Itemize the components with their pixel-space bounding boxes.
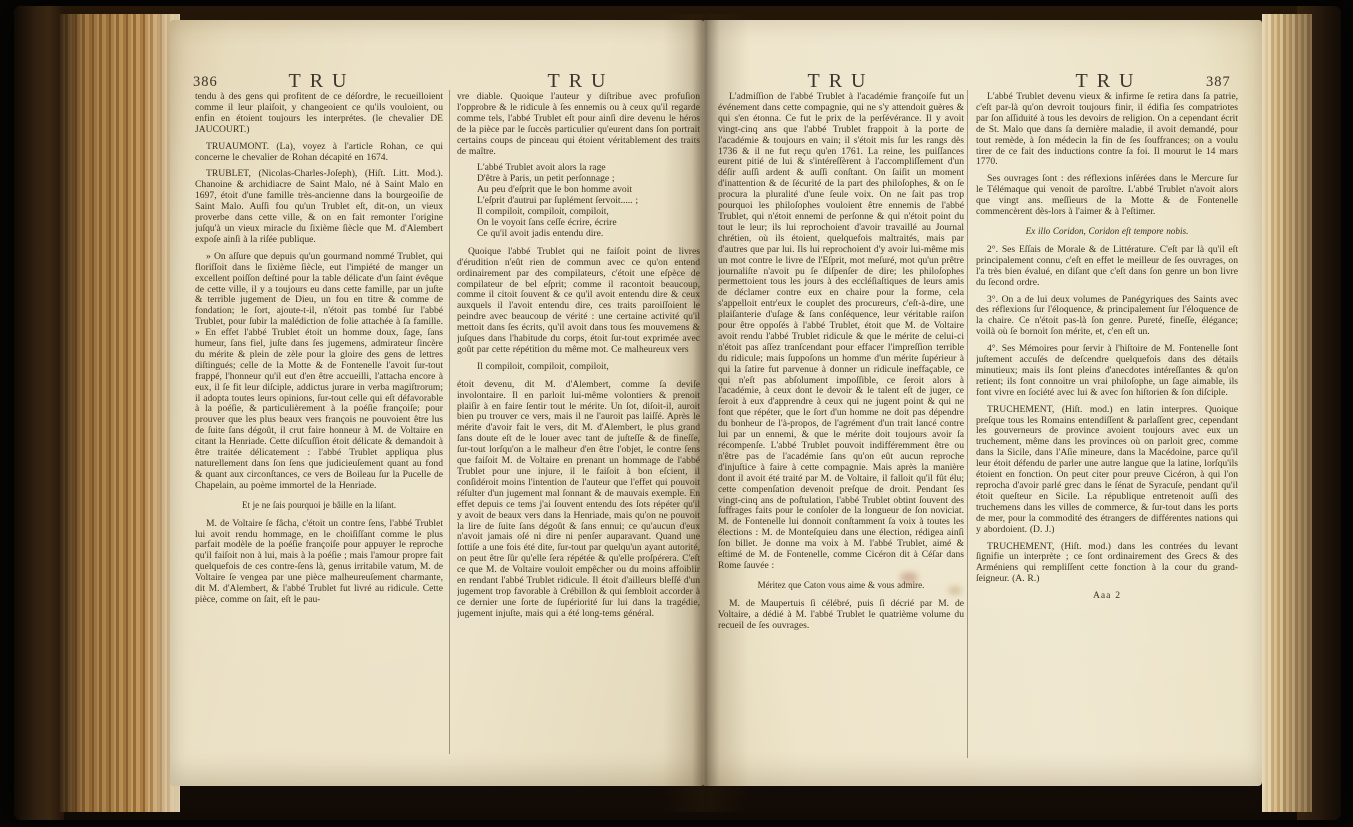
paragraph-compilateur: Quoique l'abbé Trublet qui ne faiſoit po… <box>457 247 700 356</box>
verse-line: Il compiloit, compiloit, compiloit, <box>477 362 700 373</box>
right-page-column-1: L'admiſſion de l'abbé Trublet à l'académ… <box>718 92 964 760</box>
right-page-fore-edge <box>1262 14 1312 812</box>
paragraph-memoires: 4°. Ses Mémoires pour ſervir à l'hiſtoir… <box>976 344 1238 399</box>
paragraph-jaucourt-end: tendu à des gens qui profitent de ce déſ… <box>195 92 443 136</box>
signature-mark: Aaa 2 <box>976 591 1238 602</box>
paragraph-retraite: L'abbé Trublet devenu vieux & infirme ſe… <box>976 92 1238 168</box>
entry-truchement-2: TRUCHEMENT, (Hiſt. mod.) dans les contré… <box>976 542 1238 586</box>
paragraph-ouvrages: Ses ouvrages ſont : des réflexions inſér… <box>976 174 1238 218</box>
paragraph-maupertuis: M. de Maupertuis ſi célébré, puis ſi déc… <box>718 599 964 632</box>
verse-line: Ce qu'il avoit jadis entendu dire. <box>477 229 700 240</box>
page-number-386: 386 <box>193 74 218 91</box>
verse-il-compiloit: Il compiloit, compiloit, compiloit, <box>477 362 700 373</box>
running-head-tru-1: TRU <box>247 70 397 93</box>
verse-boileau: Et je ne ſais pourquoi je bâille en la l… <box>195 500 443 511</box>
paragraph-essais: 2°. Ses Eſſais de Morale & de Littératur… <box>976 245 1238 289</box>
column-rule-left-page <box>449 90 450 754</box>
paragraph-devise: étoit devenu, dit M. d'Alembert, comme ſ… <box>457 380 700 620</box>
left-cover-leather <box>14 6 64 820</box>
verse-pauvre-diable: L'abbé Trublet avoit alors la rageD'être… <box>477 163 700 239</box>
running-head-tru-2: TRU <box>506 70 656 93</box>
paragraph-pauvre-diable: vre diable. Quoique l'auteur y diſtribue… <box>457 92 700 157</box>
paragraph-academie: L'admiſſion de l'abbé Trublet à l'académ… <box>718 92 964 572</box>
page-number-387: 387 <box>1206 74 1231 91</box>
column-rule-right-page <box>967 90 968 758</box>
running-head-tru-4: TRU <box>1034 70 1184 93</box>
quote-coridon: Ex illo Coridon, Coridon eſt tempore nob… <box>976 226 1238 237</box>
book: 386 TRU TRU tendu à des gens qui profite… <box>14 6 1341 820</box>
left-page-fore-edge <box>58 14 180 812</box>
paragraph-anecdote: » On aſſure que depuis qu'un gourmand no… <box>195 252 443 492</box>
left-page-column-2: vre diable. Quoique l'auteur y diſtribue… <box>457 92 700 756</box>
paragraph-panegyriques: 3°. On a de lui deux volumes de Panégyri… <box>976 295 1238 339</box>
entry-truaumont: TRUAUMONT. (La), voyez à l'article Rohan… <box>195 142 443 164</box>
verse-caton: Méritez que Caton vous aime & vous admir… <box>718 580 964 591</box>
left-page-column-1: tendu à des gens qui profitent de ce déſ… <box>195 92 443 756</box>
right-page-column-2: L'abbé Trublet devenu vieux & infirme ſe… <box>976 92 1238 764</box>
entry-trublet: TRUBLET, (Nicolas-Charles-Joſeph), (Hiſt… <box>195 169 443 245</box>
photograph-of-open-book: 386 TRU TRU tendu à des gens qui profite… <box>0 0 1353 827</box>
entry-truchement-1: TRUCHEMENT, (Hiſt. mod.) en latin interp… <box>976 405 1238 536</box>
paragraph-voltaire-fache: M. de Voltaire ſe fâcha, c'étoit un cont… <box>195 519 443 606</box>
running-head-tru-3: TRU <box>766 70 916 93</box>
